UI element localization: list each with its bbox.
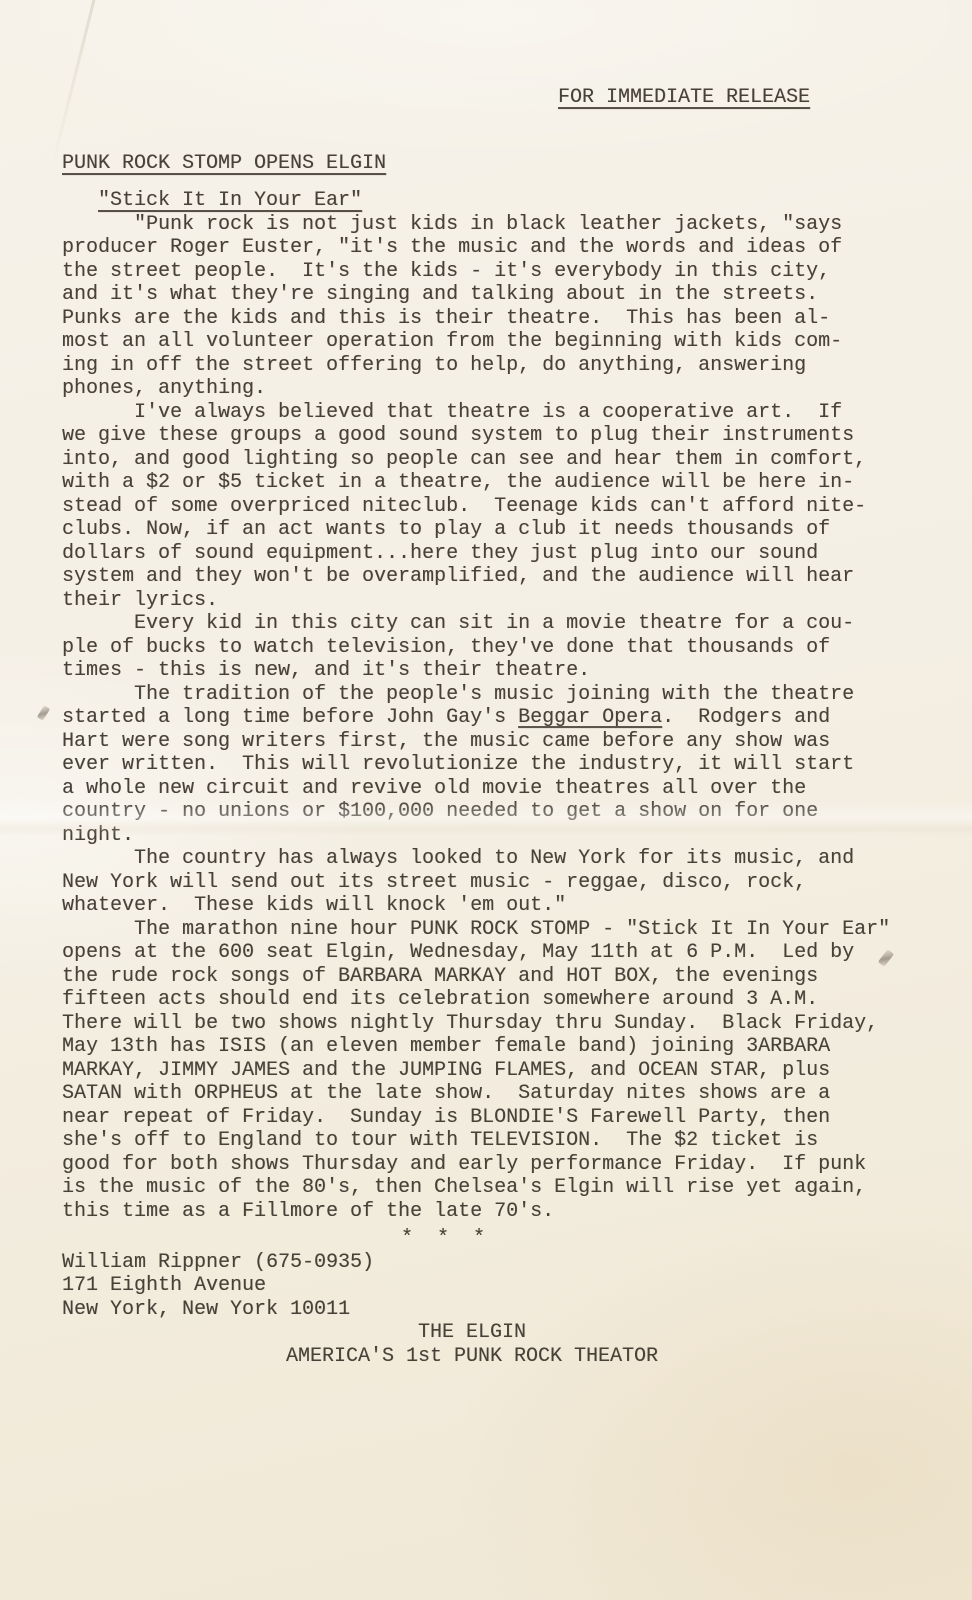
paragraph: The country has always looked to New Yor… <box>62 847 972 918</box>
contact-block: William Rippner (675-0935) 171 Eighth Av… <box>62 1251 972 1322</box>
paragraph: Every kid in this city can sit in a movi… <box>62 612 972 683</box>
press-release-page: FOR IMMEDIATE RELEASE PUNK ROCK STOMP OP… <box>0 0 972 1600</box>
paragraph: The marathon nine hour PUNK ROCK STOMP -… <box>62 918 972 1224</box>
footer-block: THE ELGIN AMERICA'S 1st PUNK ROCK THEATO… <box>62 1321 882 1368</box>
release-status-line: FOR IMMEDIATE RELEASE <box>558 86 972 110</box>
subtitle: "Stick It In Your Ear" <box>98 189 972 213</box>
subtitle-text: "Stick It In Your Ear" <box>98 189 362 212</box>
typed-content: FOR IMMEDIATE RELEASE PUNK ROCK STOMP OP… <box>0 0 972 1368</box>
paragraph: I've always believed that theatre is a c… <box>62 401 972 613</box>
paragraph: The tradition of the people's music join… <box>62 683 972 848</box>
release-status-text: FOR IMMEDIATE RELEASE <box>558 86 810 109</box>
headline-text: PUNK ROCK STOMP OPENS ELGIN <box>62 152 386 175</box>
paragraph: "Punk rock is not just kids in black lea… <box>62 213 972 401</box>
section-separator: * * * <box>401 1227 972 1251</box>
headline: PUNK ROCK STOMP OPENS ELGIN <box>62 152 972 176</box>
body-paragraphs: "Punk rock is not just kids in black lea… <box>62 213 972 1224</box>
